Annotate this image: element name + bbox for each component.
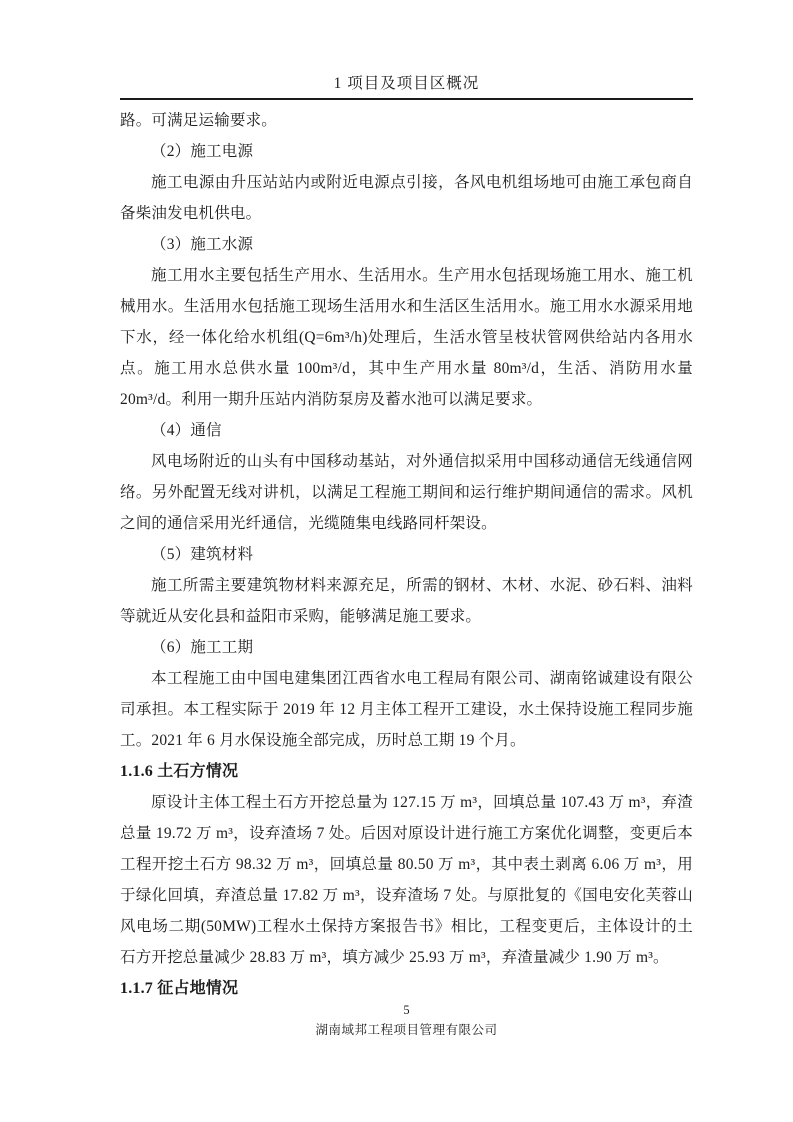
page-number: 5: [120, 1001, 693, 1020]
page-footer: 5 湖南域邦工程项目管理有限公司: [120, 1001, 693, 1040]
body-paragraph: 原设计主体工程土石方开挖总量为 127.15 万 m³，回填总量 107.43 …: [120, 787, 693, 973]
content-column: 1 项目及项目区概况 路。可满足运输要求。 （2）施工电源 施工电源由升压站站内…: [120, 74, 693, 1004]
continuation-paragraph: 路。可满足运输要求。: [120, 105, 693, 136]
subsection-label-construction-power: （2）施工电源: [120, 136, 693, 167]
running-header-title: 1 项目及项目区概况: [120, 74, 693, 94]
subsection-label-building-materials: （5）建筑材料: [120, 539, 693, 570]
body-paragraph: 施工用水主要包括生产用水、生活用水。生产用水包括现场施工用水、施工机械用水。生活…: [120, 260, 693, 415]
subsection-label-communication: （4）通信: [120, 415, 693, 446]
subsection-label-construction-schedule: （6）施工工期: [120, 632, 693, 663]
body-paragraph: 施工所需主要建筑物材料来源充足，所需的钢材、木材、水泥、砂石料、油料等就近从安化…: [120, 570, 693, 632]
document-page: 1 项目及项目区概况 路。可满足运输要求。 （2）施工电源 施工电源由升压站站内…: [0, 0, 793, 1122]
document-body: 路。可满足运输要求。 （2）施工电源 施工电源由升压站站内或附近电源点引接，各风…: [120, 105, 693, 1004]
footer-company-name: 湖南域邦工程项目管理有限公司: [120, 1020, 693, 1040]
body-paragraph: 本工程施工由中国电建集团江西省水电工程局有限公司、湖南铭诚建设有限公司承担。本工…: [120, 663, 693, 756]
body-paragraph: 风电场附近的山头有中国移动基站，对外通信拟采用中国移动通信无线通信网络。另外配置…: [120, 446, 693, 539]
subsection-label-construction-water: （3）施工水源: [120, 229, 693, 260]
section-heading-land-occupation: 1.1.7 征占地情况: [120, 973, 693, 1004]
body-paragraph: 施工电源由升压站站内或附近电源点引接，各风电机组场地可由施工承包商自备柴油发电机…: [120, 167, 693, 229]
section-heading-earthwork: 1.1.6 土石方情况: [120, 756, 693, 787]
header-divider: [120, 98, 693, 100]
